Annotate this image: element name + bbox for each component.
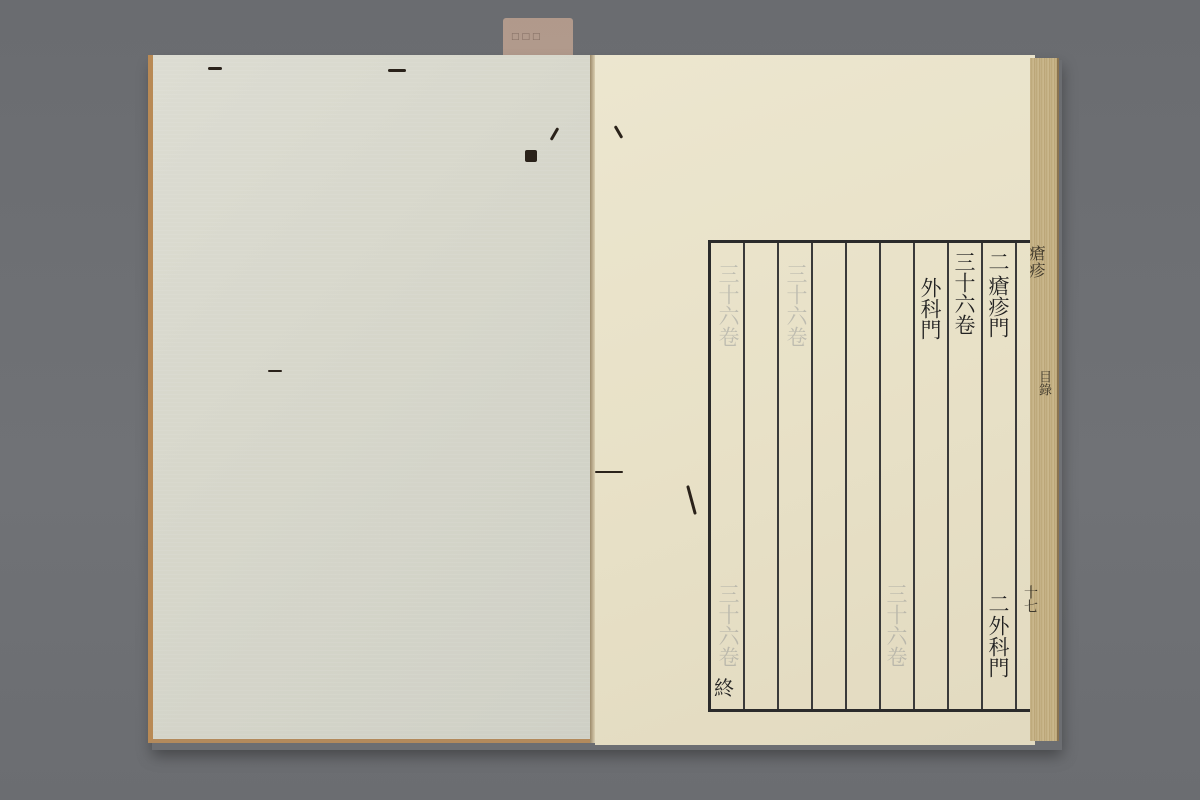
toc-entry: 二 (987, 251, 1008, 272)
fore-edge-title: 瘡疹 (1030, 245, 1048, 279)
wormhole-mark (614, 125, 624, 139)
left-page (148, 55, 593, 743)
column-rule (981, 243, 983, 709)
column-rule (845, 243, 847, 709)
toc-entry: 二 (987, 593, 1008, 614)
toc-entry: 瘡疹門 (987, 275, 1008, 338)
column-rule (1015, 243, 1017, 709)
show-through-text: 三十六卷 (717, 583, 738, 667)
column-rule (947, 243, 949, 709)
library-slip-text: □□□ (511, 32, 543, 42)
column-rule (743, 243, 745, 709)
toc-frame: 二 瘡疹門 三十六卷 外科門 二 外科門 三十六卷 三十六卷 三十六卷 三十六卷 (708, 240, 1030, 712)
column-rule (913, 243, 915, 709)
column-rule (777, 243, 779, 709)
wormhole-mark (525, 150, 537, 162)
column-rule (879, 243, 881, 709)
column-rule (811, 243, 813, 709)
wormhole-mark (595, 471, 623, 473)
wormhole-mark (268, 370, 282, 372)
show-through-text: 三十六卷 (785, 263, 806, 347)
wormhole-mark (686, 485, 697, 515)
fore-edge-section: 目錄 (1034, 370, 1053, 396)
end-mark: 終 (714, 672, 734, 701)
toc-entry: 外科門 (987, 615, 1008, 678)
show-through-text: 三十六卷 (885, 583, 906, 667)
wormhole-mark (208, 67, 222, 70)
show-through-text: 三十六卷 (717, 263, 738, 347)
toc-entry: 外科門 (919, 277, 940, 340)
wormhole-mark (388, 69, 406, 72)
fore-edge (1030, 58, 1059, 741)
toc-entry: 三十六卷 (953, 251, 974, 335)
